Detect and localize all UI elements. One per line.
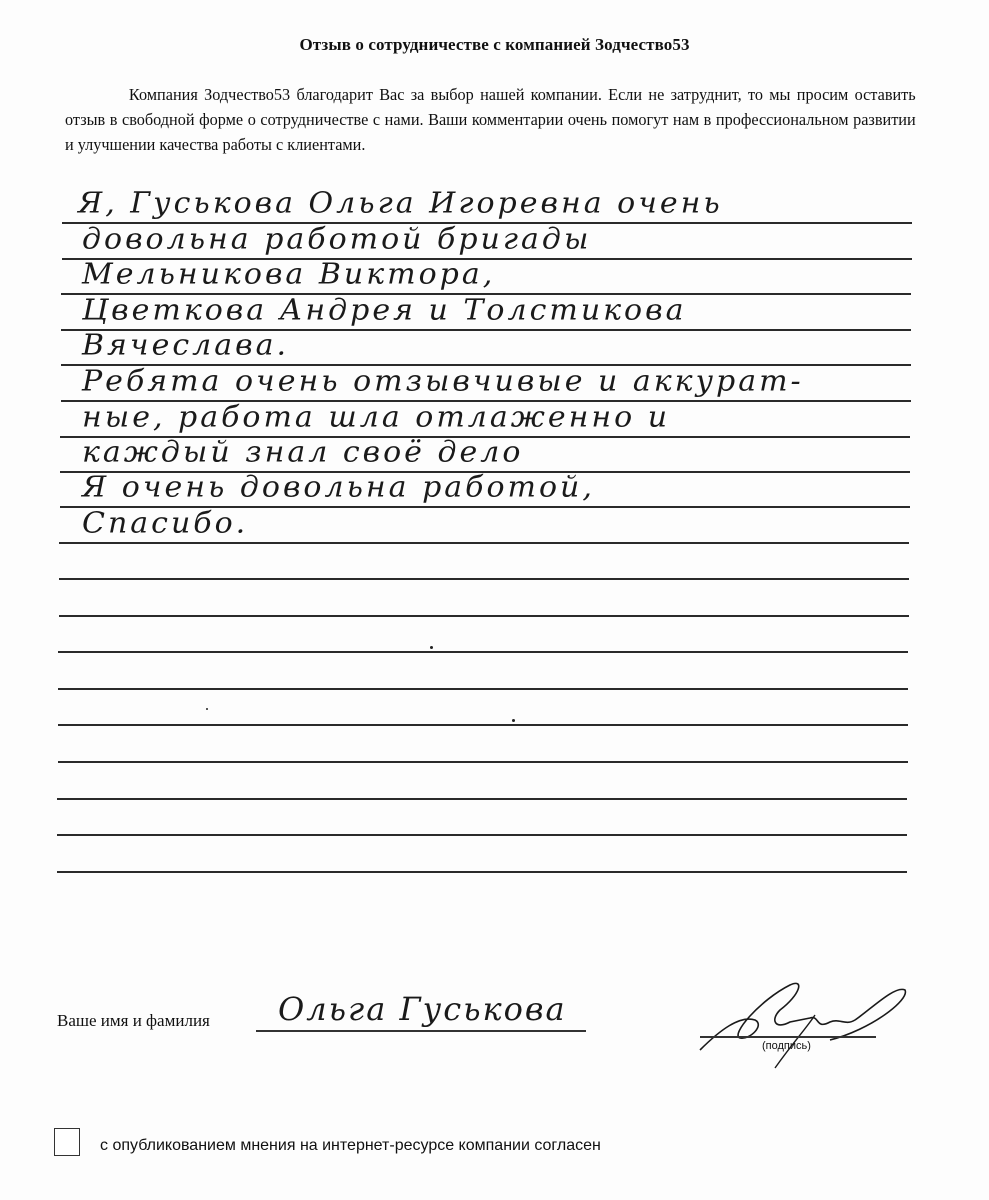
intro-text: Компания Зодчество53 благодарит Вас за в… — [65, 82, 916, 157]
ruled-line — [58, 651, 908, 653]
ruled-line — [58, 761, 908, 763]
ruled-line — [59, 578, 909, 580]
ruled-line — [59, 542, 909, 544]
ruled-line — [57, 798, 907, 800]
ruled-line — [58, 724, 908, 726]
name-field[interactable]: Ольга Гуськова — [278, 990, 567, 1028]
form-intro: Компания Зодчество53 благодарит Вас за в… — [65, 82, 916, 157]
scan-speck — [206, 708, 208, 710]
review-handwriting-line: каждый знал своё дело — [82, 436, 523, 469]
name-label: Ваше имя и фамилия — [57, 1011, 210, 1031]
review-handwriting-line: Ребята очень отзывчивые и аккурат- — [82, 365, 804, 398]
review-handwriting-line: Я очень довольна работой, — [82, 471, 595, 504]
form-title: Отзыв о сотрудничестве с компанией Зодче… — [0, 35, 989, 55]
review-handwriting-line: Цветкова Андрея и Толстикова — [82, 294, 686, 327]
signature-mark — [680, 960, 920, 1070]
signature-line — [700, 1036, 876, 1038]
review-handwriting-line: довольна работой бригады — [82, 223, 591, 256]
ruled-line — [59, 615, 909, 617]
review-handwriting-line: ные, работа шла отлаженно и — [82, 401, 670, 434]
review-handwriting-line: Мельникова Виктора, — [82, 258, 495, 291]
review-handwriting-line: Вячеслава. — [82, 329, 289, 362]
scan-speck — [430, 646, 433, 649]
consent-label: с опубликованием мнения на интернет-ресу… — [100, 1137, 601, 1155]
scan-speck — [512, 719, 515, 722]
consent-checkbox[interactable] — [54, 1128, 80, 1156]
ruled-line — [58, 688, 908, 690]
ruled-line — [57, 834, 907, 836]
signature-caption: (подпись) — [762, 1040, 811, 1052]
review-handwriting-line: Спасибо. — [82, 507, 248, 540]
name-field-line — [256, 1030, 586, 1032]
ruled-line — [57, 871, 907, 873]
review-handwriting-line: Я, Гуськова Ольга Игоревна очень — [78, 187, 723, 220]
